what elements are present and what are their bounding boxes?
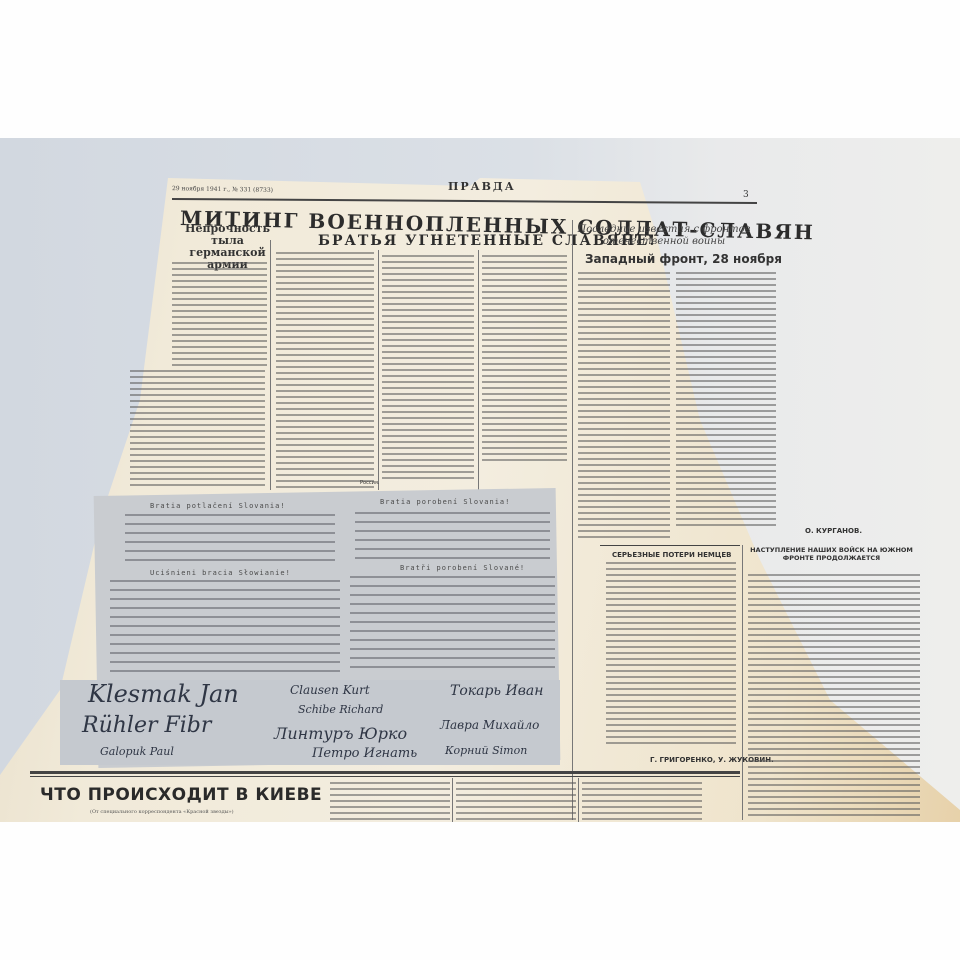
bottom-subline: (От специального корреспондента «Красной… bbox=[90, 809, 234, 815]
letter-text-left bbox=[125, 514, 335, 564]
column-3-text bbox=[382, 255, 474, 480]
left-column-text bbox=[172, 262, 267, 370]
advance-article-text bbox=[748, 574, 920, 820]
advance-article-heading: НАСТУПЛЕНИЕ НАШИХ ВОЙСК НА ЮЖНОМ ФРОНТЕ … bbox=[744, 546, 919, 562]
section-rule bbox=[600, 545, 740, 546]
losses-article-heading: СЕРЬЕЗНЫЕ ПОТЕРИ НЕМЦЕВ bbox=[612, 551, 731, 559]
column-rule bbox=[478, 250, 479, 490]
letter-text-right-lower bbox=[350, 576, 555, 674]
column-rule bbox=[270, 240, 271, 490]
column-2-text bbox=[276, 252, 374, 490]
signature: Schibe Richard bbox=[298, 703, 383, 716]
bottom-headline: ЧТО ПРОИСХОДИТ В КИЕВЕ bbox=[40, 785, 322, 805]
signature: Корний Simon bbox=[445, 744, 527, 757]
letter-text-left-lower bbox=[110, 580, 340, 675]
right-column-kicker: Последние известия с фронтов отечественн… bbox=[574, 224, 754, 248]
signature: Klesmak Jan bbox=[88, 680, 239, 708]
column-rule bbox=[378, 250, 379, 490]
double-rule bbox=[30, 771, 740, 774]
kiev-text-col-2 bbox=[456, 782, 576, 822]
letter-title-right-lower: Bratři porobení Slované! bbox=[400, 564, 525, 572]
column-5-text bbox=[578, 272, 670, 540]
closing-place: Россия. bbox=[360, 480, 379, 486]
signature: Петро Игнать bbox=[312, 746, 417, 761]
double-rule bbox=[30, 776, 740, 777]
signature: Лавра Михайло bbox=[440, 718, 539, 732]
signature: Токарь Иван bbox=[450, 683, 543, 699]
column-rule bbox=[742, 545, 743, 820]
letter-title-right: Bratia porobení Slovania! bbox=[380, 498, 510, 506]
losses-article-text bbox=[606, 562, 736, 747]
signature: Galopuk Paul bbox=[100, 745, 174, 758]
letter-title-left-lower: Uciśnieni bracia Słowianie! bbox=[150, 569, 291, 577]
column-6-text bbox=[676, 272, 776, 527]
column-rule bbox=[452, 778, 453, 822]
newspaper-page: 29 ноября 1941 г., № 331 (8733) ПРАВДА 3… bbox=[0, 0, 960, 960]
page-number: 3 bbox=[743, 190, 749, 200]
kiev-text-col-3 bbox=[582, 782, 702, 822]
right-column-heading: Западный фронт, 28 ноября bbox=[585, 252, 782, 266]
letter-title-left: Bratia potlačení Slovania! bbox=[150, 502, 286, 510]
signature: Rühler Fibr bbox=[82, 713, 211, 738]
kiev-text-col-1 bbox=[330, 782, 450, 822]
column-4-text bbox=[482, 255, 567, 465]
right-column-byline: О. КУРГАНОВ. bbox=[805, 527, 862, 535]
column-rule bbox=[572, 220, 573, 820]
newspaper-name: ПРАВДА bbox=[448, 180, 516, 193]
signature: Clausen Kurt bbox=[290, 683, 370, 697]
letter-text-right bbox=[355, 512, 550, 562]
signature: Линтуръ Юрко bbox=[274, 724, 407, 743]
column-rule bbox=[578, 778, 579, 822]
left-column-text-lower bbox=[130, 370, 265, 488]
